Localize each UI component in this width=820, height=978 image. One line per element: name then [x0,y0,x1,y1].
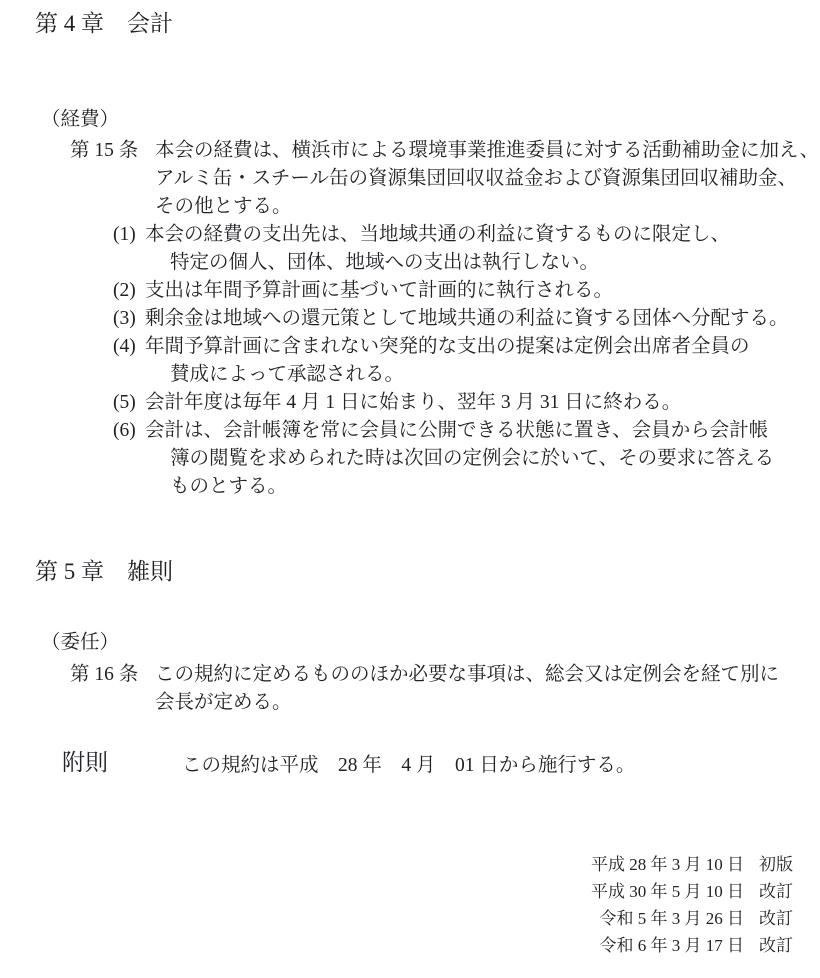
article-15-text-line-2: アルミ缶・スチール缶の資源集団回収収益金および資源集団回収補助金、 [155,165,797,193]
chapter-5-heading: 第 5 章 雑則 [35,558,173,586]
document-page: 第 4 章 会計 （経費） 第 15 条本会の経費は、横浜市による環境事業推進委… [0,0,820,978]
article-15-text-line-1: 本会の経費は、横浜市による環境事業推進委員に対する活動補助金に加え、 [155,140,819,161]
revision-2-action: 改訂 [759,878,793,905]
revision-4-date: 令和 6 年 3 月 17 日 [600,932,745,959]
revision-4-action: 改訂 [759,932,793,959]
article-15-item-6: (6)会計は、会計帳簿を常に会員に公開できる状態に置き、会員から会計帳 [113,417,768,445]
article-15-text-line-3: その他とする。 [155,193,292,221]
chapter-4-heading: 第 4 章 会計 [35,10,173,38]
article-16-number: 第 16 条 [70,661,155,689]
item-5-marker: (5) [113,389,145,417]
article-15-item-2: (2)支出は年間予算計画に基づいて計画的に執行される。 [113,277,613,305]
item-5-text: 会計年度は毎年 4 月 1 日に始まり、翌年 3 月 31 日に終わる。 [145,392,681,413]
item-2-text: 支出は年間予算計画に基づいて計画的に執行される。 [145,280,613,301]
article-15-row: 第 15 条本会の経費は、横浜市による環境事業推進委員に対する活動補助金に加え、 [70,137,819,165]
article-15-item-5: (5)会計年度は毎年 4 月 1 日に始まり、翌年 3 月 31 日に終わる。 [113,389,681,417]
revision-row-2: 平成 30 年 5 月 10 日 改訂 [591,878,793,905]
item-6-cont-1: 簿の閲覧を求められた時は次回の定例会に於いて、その要求に答える [170,445,774,473]
item-6-text: 会計は、会計帳簿を常に会員に公開できる状態に置き、会員から会計帳 [145,420,768,441]
article-16-text-line-1: この規約に定めるもののほか必要な事項は、総会又は定例会を経て別に [155,664,779,685]
article-16-text-line-2: 会長が定める。 [155,689,292,717]
section-label-expenses: （経費） [41,106,119,134]
section-label-delegation: （委任） [41,629,119,657]
revision-row-3: 令和 5 年 3 月 26 日 改訂 [591,905,793,932]
item-4-marker: (4) [113,333,145,361]
article-16-row: 第 16 条この規約に定めるもののほか必要な事項は、総会又は定例会を経て別に [70,661,779,689]
item-1-text: 本会の経費の支出先は、当地域共通の利益に資するものに限定し、 [145,224,730,245]
item-4-text: 年間予算計画に含まれない突発的な支出の提案は定例会出席者全員の [145,336,750,357]
revision-1-action: 初版 [759,851,793,878]
revision-row-4: 令和 6 年 3 月 17 日 改訂 [591,932,793,959]
article-15-item-4: (4)年間予算計画に含まれない突発的な支出の提案は定例会出席者全員の [113,333,750,361]
item-6-marker: (6) [113,417,145,445]
revision-row-1: 平成 28 年 3 月 10 日 初版 [591,851,793,878]
revision-history: 平成 28 年 3 月 10 日 初版 平成 30 年 5 月 10 日 改訂 … [591,851,793,959]
article-15-item-3: (3)剰余金は地域への還元策として地域共通の利益に資する団体へ分配する。 [113,305,789,333]
item-1-cont-1: 特定の個人、団体、地域への支出は執行しない。 [170,249,599,277]
item-3-marker: (3) [113,305,145,333]
item-1-marker: (1) [113,221,145,249]
article-15-item-1: (1)本会の経費の支出先は、当地域共通の利益に資するものに限定し、 [113,221,730,249]
article-15-number: 第 15 条 [70,137,155,165]
item-6-cont-2: ものとする。 [170,473,287,501]
revision-3-action: 改訂 [759,905,793,932]
revision-1-date: 平成 28 年 3 月 10 日 [591,851,744,878]
item-2-marker: (2) [113,277,145,305]
item-4-cont-1: 賛成によって承認される。 [170,361,404,389]
revision-3-date: 令和 5 年 3 月 26 日 [600,905,745,932]
supplementary-provision-text: この規約は平成 28 年 4 月 01 日から施行する。 [182,752,635,780]
revision-2-date: 平成 30 年 5 月 10 日 [591,878,744,905]
supplementary-provision-label: 附則 [62,748,108,778]
item-3-text: 剰余金は地域への還元策として地域共通の利益に資する団体へ分配する。 [145,308,789,329]
